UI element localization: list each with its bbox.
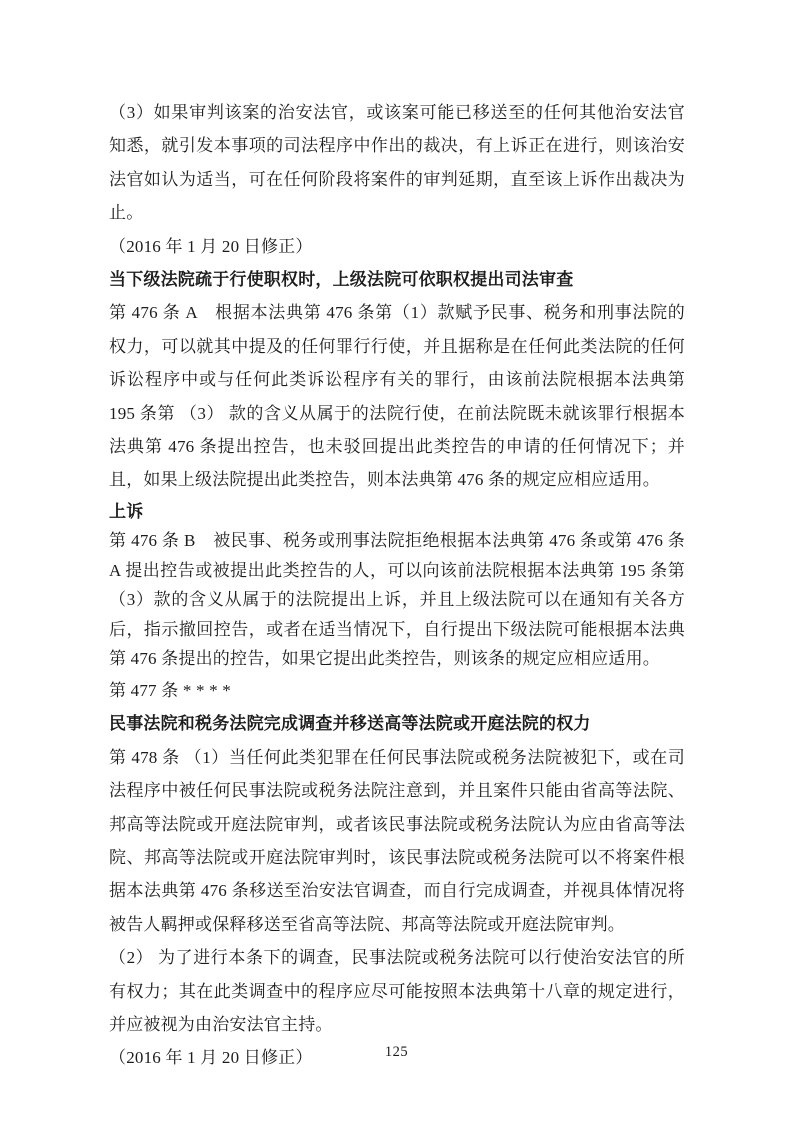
paragraph: 第 476 条 B 被民事、税务或刑事法院拒绝根据本法典第 476 条或第 47… <box>109 526 685 674</box>
section-heading: 民事法院和税务法院完成调查并移送高等法院或开庭法院的权力 <box>109 707 685 740</box>
section-heading: 上诉 <box>109 497 685 527</box>
section-heading: 当下级法院疏于行使职权时，上级法院可依职权提出司法审查 <box>109 263 685 296</box>
page-footer: 125 <box>0 1042 793 1062</box>
paragraph: 第 477 条 * * * * <box>109 674 685 707</box>
document-body: （3）如果审判该案的治安法官，或该案可能已移送至的任何其他治安法官知悉，就引发本… <box>109 96 685 1075</box>
paragraph: （2） 为了进行本条下的调查，民事法院或税务法院可以行使治安法官的所有权力；其在… <box>109 941 685 1041</box>
paragraph: 第 478 条 （1）当任何此类犯罪在任何民事法院或税务法院被犯下，或在司法程序… <box>109 741 685 941</box>
document-page: （3）如果审判该案的治安法官，或该案可能已移送至的任何其他治安法官知悉，就引发本… <box>0 0 793 1122</box>
paragraph: （2016 年 1 月 20 日修正） <box>109 230 685 263</box>
page-number: 125 <box>385 1044 408 1060</box>
paragraph: 第 476 条 A 根据本法典第 476 条第（1）款赋予民事、税务和刑事法院的… <box>109 296 685 496</box>
paragraph: （3）如果审判该案的治安法官，或该案可能已移送至的任何其他治安法官知悉，就引发本… <box>109 96 685 230</box>
